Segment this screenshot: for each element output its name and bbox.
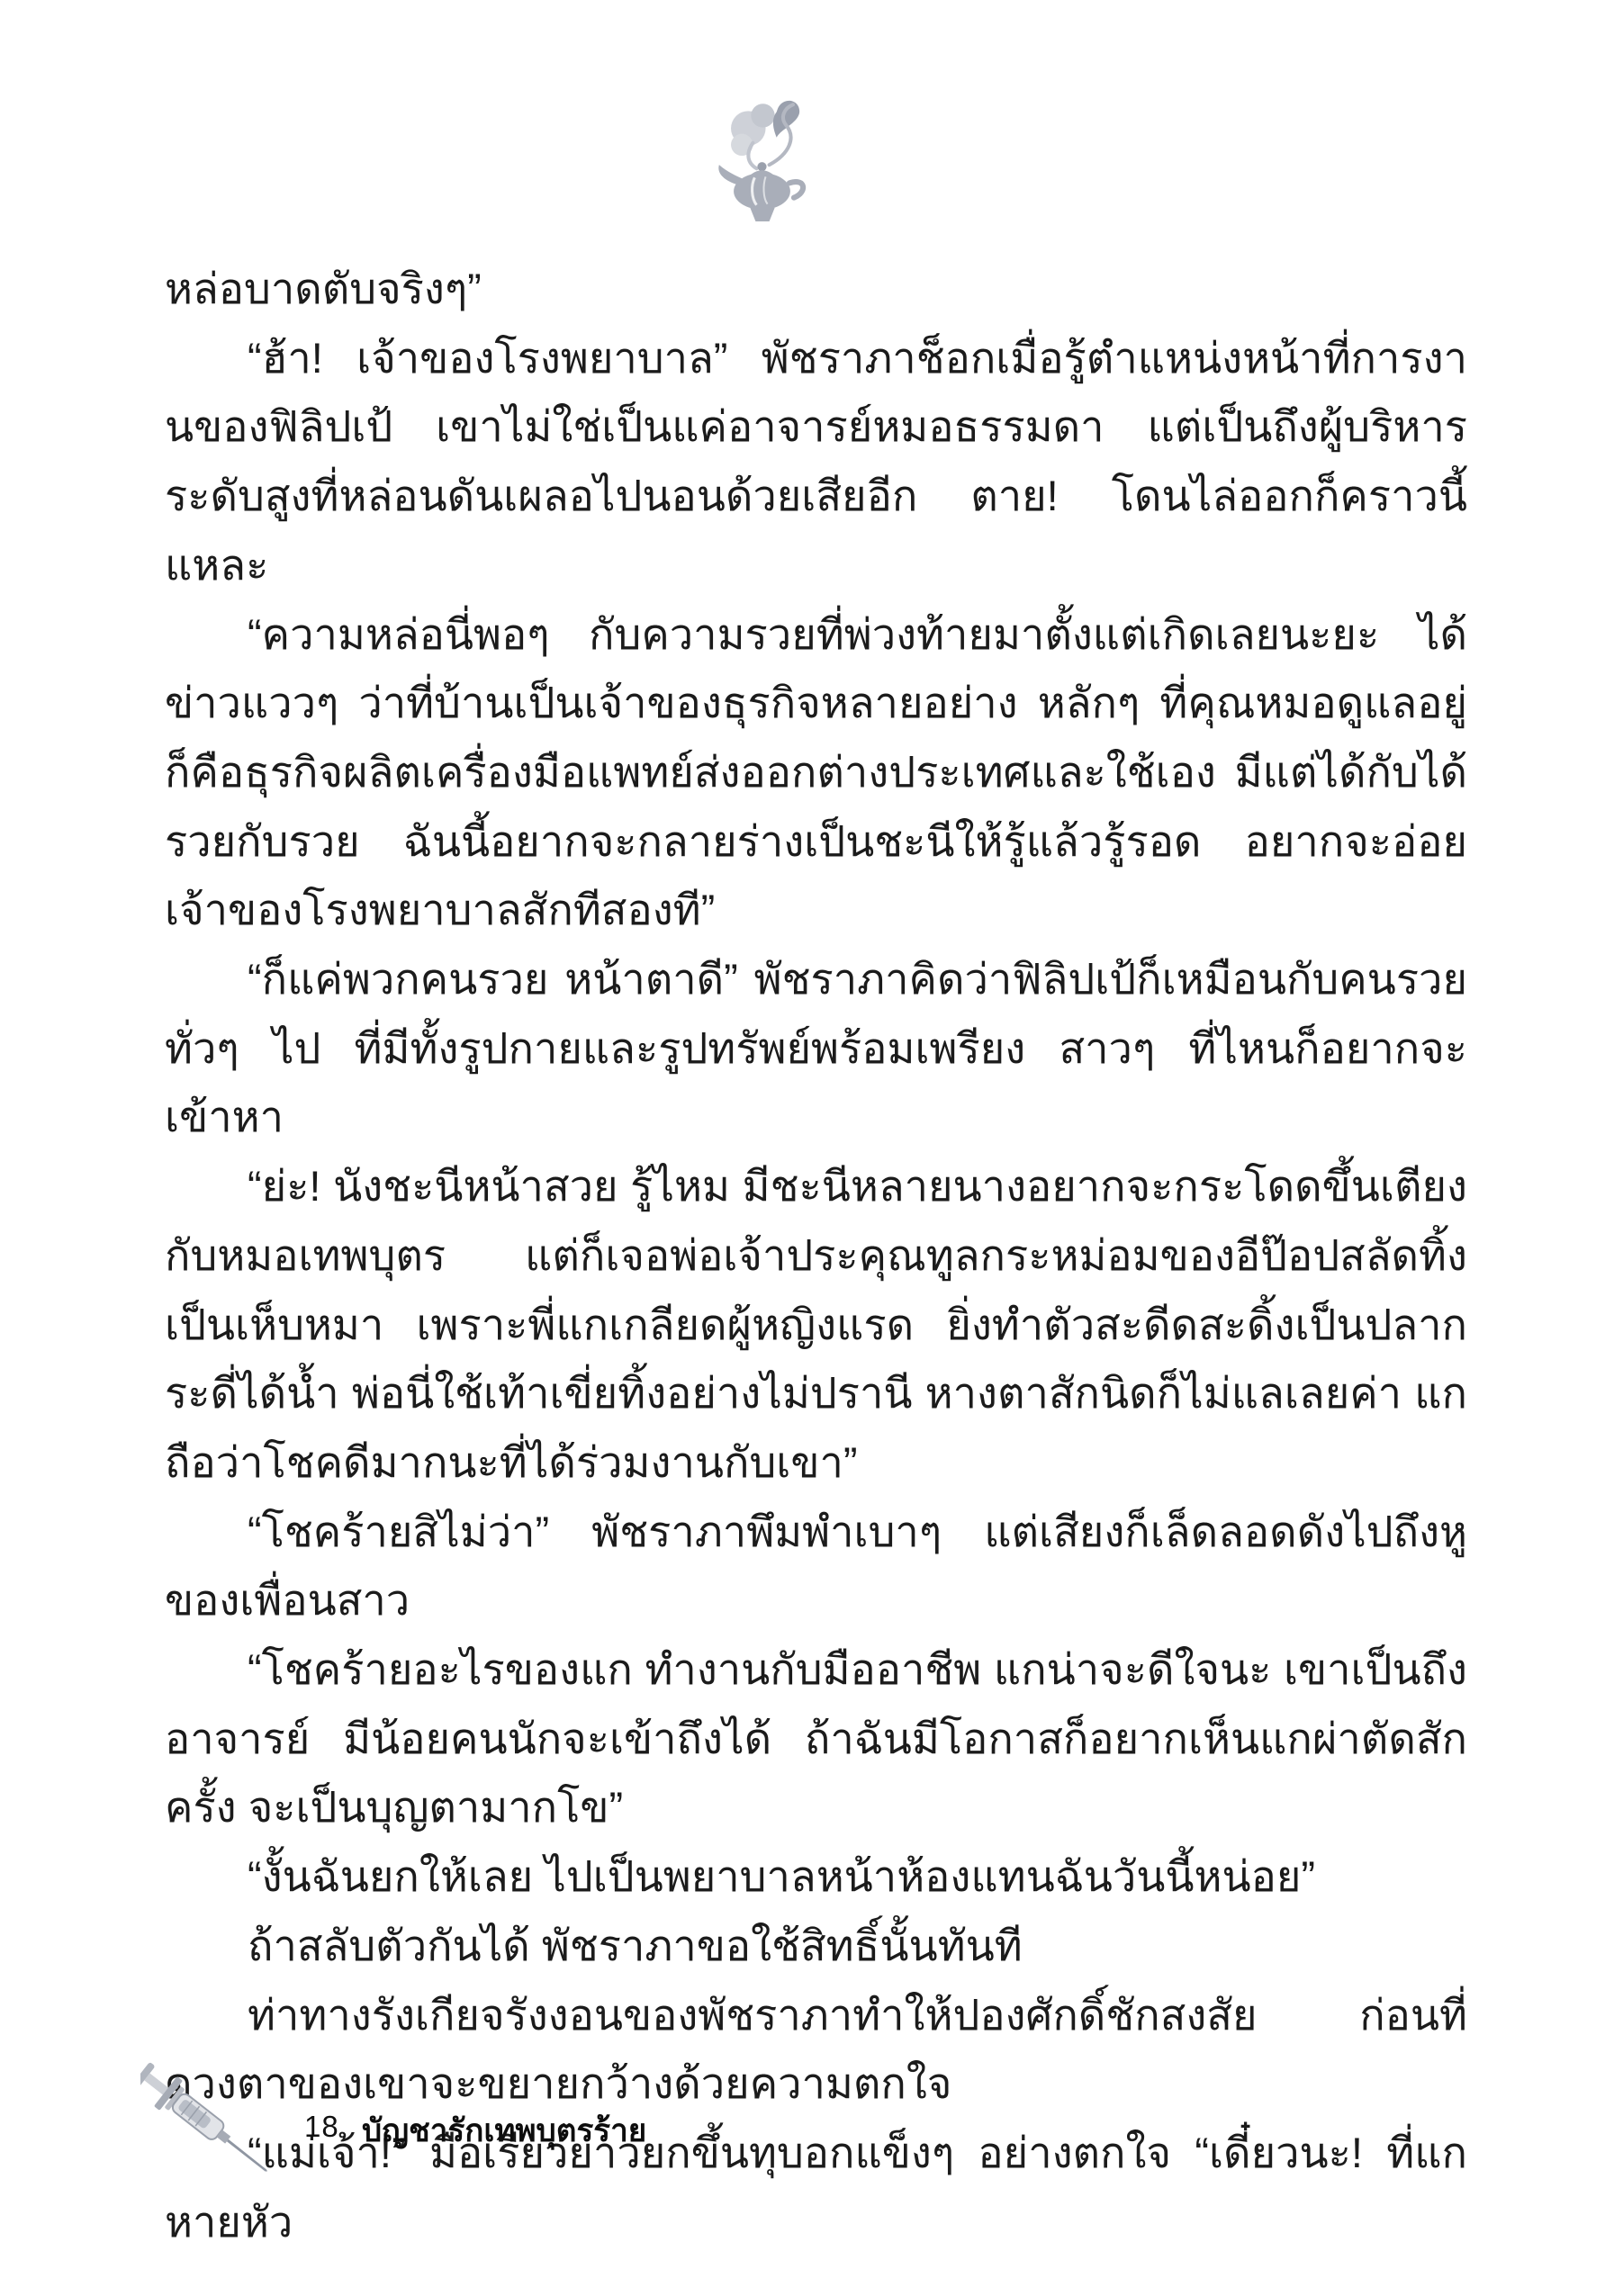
book-page: หล่อบาดตับจริงๆ” “ฮ้า! เจ้าของโรงพยาบาล”… (0, 0, 1605, 2296)
paragraph: “ความหล่อนี่พอๆ กับความรวยที่พ่วงท้ายมาต… (165, 600, 1467, 946)
paragraph: “โชคร้ายอะไรของแก ทำงานกับมืออาชีพ แกน่า… (165, 1635, 1467, 1842)
syringe-icon (140, 2054, 307, 2211)
paragraph: “โชคร้ายสิไม่ว่า” พัชราภาพึมพำเบาๆ แต่เส… (165, 1498, 1467, 1635)
genie-lamp-icon (705, 88, 820, 223)
book-title: บัญชารักเทพบุตรร้าย (362, 2106, 646, 2156)
paragraph: “ย่ะ! นังชะนีหน้าสวย รู้ไหม มีชะนีหลายนา… (165, 1152, 1467, 1498)
genie-lamp-logo-icon (705, 88, 820, 223)
paragraph: หล่อบาดตับจริงๆ” (165, 255, 1467, 324)
syringe-icon (140, 2054, 307, 2211)
page-number: 18 (304, 2110, 339, 2144)
paragraph: “ก็แค่พวกคนรวย หน้าตาดี” พัชราภาคิดว่าฟิ… (165, 945, 1467, 1152)
paragraph: “ฮ้า! เจ้าของโรงพยาบาล” พัชราภาช็อกเมื่อ… (165, 324, 1467, 600)
page-text: หล่อบาดตับจริงๆ” “ฮ้า! เจ้าของโรงพยาบาล”… (165, 255, 1467, 2256)
paragraph: “งั้นฉันยกให้เลย ไปเป็นพยาบาลหน้าห้องแทน… (165, 1842, 1467, 1912)
page-footer: 18 บัญชารักเทพบุตรร้าย (0, 2043, 1605, 2223)
paragraph: ถ้าสลับตัวกันได้ พัชราภาขอใช้สิทธิ์นั้นท… (165, 1912, 1467, 1981)
